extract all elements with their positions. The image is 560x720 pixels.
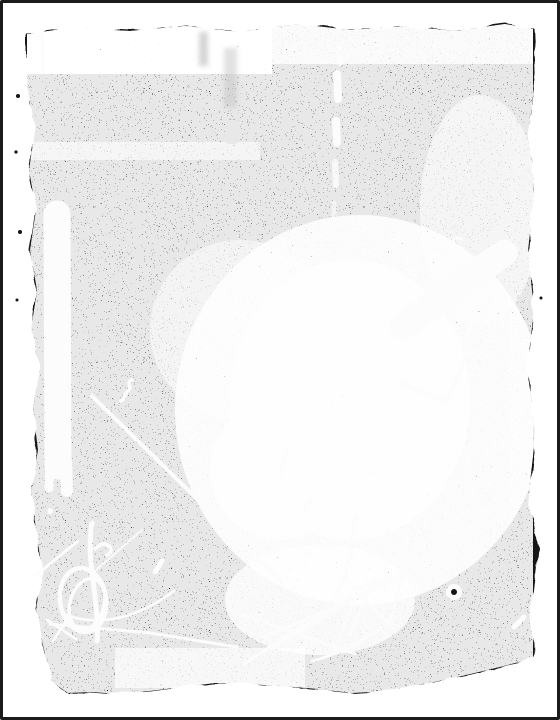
bar-body — [57, 214, 58, 466]
print-page — [0, 0, 560, 720]
smudge-streak — [224, 48, 237, 108]
left-white-bar — [47, 214, 67, 514]
bar-prong-right — [66, 462, 67, 491]
column-dash — [336, 121, 337, 143]
column-dash — [335, 162, 336, 185]
speckle-patch — [30, 142, 260, 160]
bar-prong-left — [49, 462, 50, 488]
ink-speck — [18, 230, 22, 234]
ink-speck — [14, 150, 17, 153]
column-dash — [339, 46, 340, 63]
speckle-patch — [150, 240, 330, 420]
ring-hole — [451, 589, 457, 595]
highlight-notch — [225, 120, 239, 145]
smudge-streak — [199, 32, 208, 66]
top-left-tick — [42, 32, 43, 70]
speckle-patch — [270, 24, 533, 64]
speckle-patch — [115, 648, 305, 688]
ink-speck — [16, 94, 20, 98]
ink-speck — [16, 299, 19, 302]
ink-speck — [540, 297, 543, 300]
fleck — [47, 508, 53, 514]
monotype-print — [0, 0, 560, 720]
column-dash — [337, 74, 338, 99]
ring-dot — [446, 584, 462, 600]
